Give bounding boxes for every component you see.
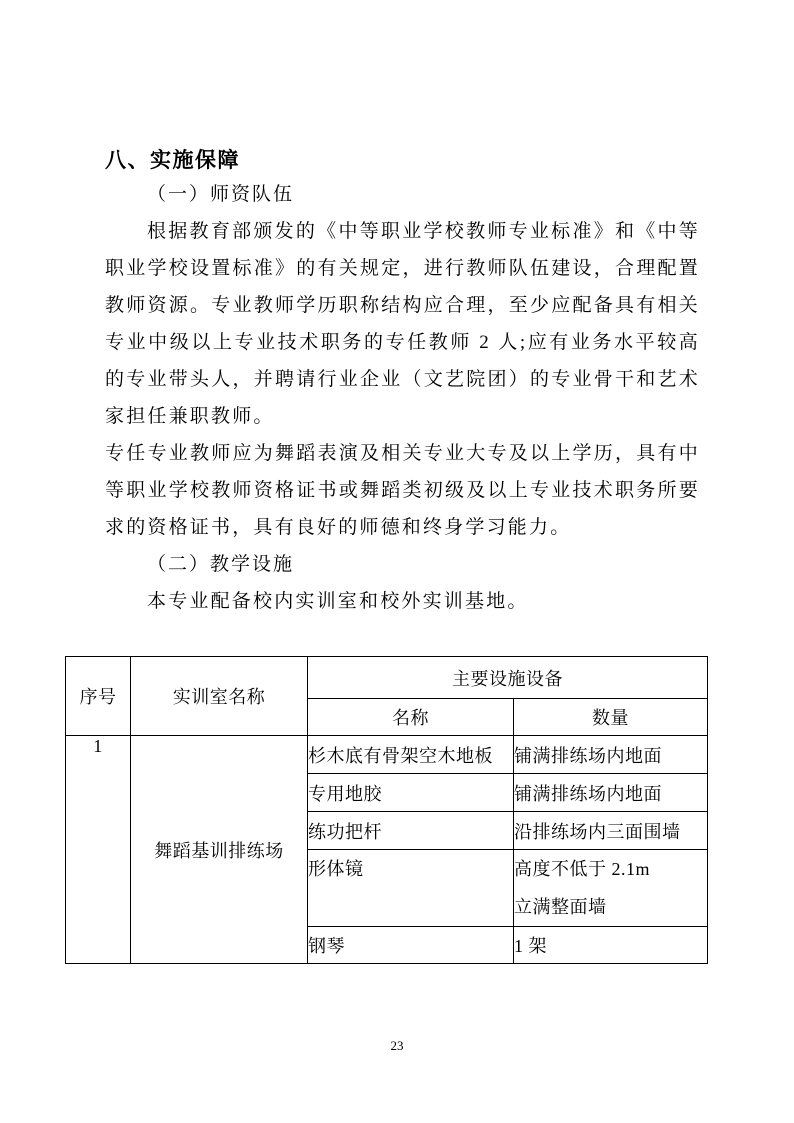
cell-room-name: 舞蹈基训排练场 [131, 736, 308, 964]
subsection-title-teaching-facilities: （二）教学设施 [105, 546, 700, 583]
paragraph-teacher-requirements: 根据教育部颁发的《中等职业学校教师专业标准》和《中等职业学校设置标准》的有关规定… [105, 213, 700, 435]
paragraph-facilities-intro: 本专业配备校内实训室和校外实训基地。 [105, 583, 700, 620]
subsection-title-teaching-staff: （一）师资队伍 [105, 176, 700, 213]
section-heading: 八、实施保障 [105, 146, 700, 176]
cell-equipment-name: 练功把杆 [308, 812, 514, 850]
cell-equipment-quantity: 沿排练场内三面围墙 [514, 812, 708, 850]
header-cell-room-name: 实训室名称 [131, 657, 308, 736]
cell-equipment-quantity: 铺满排练场内地面 [514, 774, 708, 812]
equipment-name-text: 形体镜 [308, 850, 513, 888]
facilities-table: 序号 实训室名称 主要设施设备 名称 数量 1 舞蹈基训排练场 杉木底有骨架空木… [65, 656, 708, 964]
cell-equipment-name: 形体镜 [308, 850, 514, 927]
table-header-row-1: 序号 实训室名称 主要设施设备 [66, 657, 708, 699]
paragraph-fulltime-teacher-qualifications: 专任专业教师应为舞蹈表演及相关专业大专及以上学历，具有中等职业学校教师资格证书或… [105, 435, 700, 546]
cell-equipment-name: 专用地胶 [308, 774, 514, 812]
cell-equipment-quantity: 铺满排练场内地面 [514, 736, 708, 774]
quantity-line-2: 立满整面墙 [514, 888, 707, 926]
document-body: 八、实施保障 （一）师资队伍 根据教育部颁发的《中等职业学校教师专业标准》和《中… [105, 146, 700, 620]
header-cell-index: 序号 [66, 657, 131, 736]
header-cell-main-facilities: 主要设施设备 [308, 657, 708, 699]
page-number: 23 [0, 1038, 794, 1054]
header-cell-equipment-quantity: 数量 [514, 699, 708, 736]
cell-equipment-quantity: 高度不低于 2.1m 立满整面墙 [514, 850, 708, 927]
cell-equipment-quantity: 1 架 [514, 927, 708, 964]
cell-equipment-name: 钢琴 [308, 927, 514, 964]
quantity-line-1: 高度不低于 2.1m [514, 850, 707, 888]
table-row: 1 舞蹈基训排练场 杉木底有骨架空木地板 铺满排练场内地面 [66, 736, 708, 774]
header-cell-equipment-name: 名称 [308, 699, 514, 736]
cell-row-number: 1 [66, 736, 131, 964]
document-page: 八、实施保障 （一）师资队伍 根据教育部颁发的《中等职业学校教师专业标准》和《中… [0, 0, 794, 1123]
cell-equipment-name: 杉木底有骨架空木地板 [308, 736, 514, 774]
